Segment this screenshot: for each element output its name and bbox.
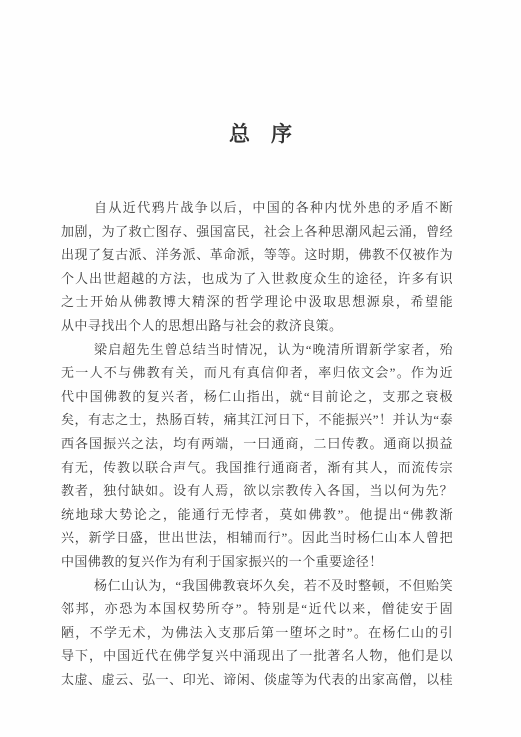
text-line: 西各国振兴之法，均有两端，一曰通商，二曰传教。通商以损益 bbox=[61, 432, 453, 456]
document-page: 总 序 自从近代鸦片战争以后，中国的各种内忧外患的矛盾不断 加剧，为了救亡图存、… bbox=[0, 0, 521, 737]
text-line: 无一人不与佛教有关，而凡有真信仰者，率归依文会”。作为近 bbox=[61, 361, 453, 385]
text-line: 出现了复古派、洋务派、革命派，等等。这时期，佛教不仅被作为 bbox=[61, 243, 453, 267]
text-line: 从中寻找出个人的思想出路与社会的救济良策。 bbox=[61, 314, 453, 338]
text-line: 陋，不学无术，为佛法入支那后第一堕坏之时”。在杨仁山的引 bbox=[61, 621, 453, 645]
text-line: 自从近代鸦片战争以后，中国的各种内忧外患的矛盾不断 bbox=[61, 196, 453, 220]
text-line: 个人出世超越的方法，也成为了入世救度众生的途径，许多有识 bbox=[61, 267, 453, 291]
text-line: 代中国佛教的复兴者，杨仁山指出，就“目前论之，支那之衰极 bbox=[61, 385, 453, 409]
text-line: 梁启超先生曾总结当时情况，认为“晚清所谓新学家者，殆 bbox=[61, 338, 453, 362]
text-line: 矣，有志之士，热肠百转，痛其江河日下，不能振兴”！并认为“泰 bbox=[61, 408, 453, 432]
text-line: 太虚、虚云、弘一、印光、谛闲、倓虚等为代表的出家高僧，以桂伯 bbox=[61, 668, 453, 692]
text-line: 导下，中国近代在佛学复兴中涌现出了一批著名人物，他们是以 bbox=[61, 644, 453, 668]
text-line: 之士开始从佛教博大精深的哲学理论中汲取思想源泉，希望能 bbox=[61, 290, 453, 314]
text-line: 邻邦，亦恐为本国权势所夺”。特别是“近代以来，僧徒安于固 bbox=[61, 597, 453, 621]
page-title: 总 序 bbox=[0, 118, 521, 148]
text-line: 杨仁山认为，“我国佛教衰坏久矣，若不及时整顿，不但贻笑 bbox=[61, 574, 453, 598]
text-line: 有无，传教以联合声气。我国推行通商者，渐有其人，而流传宗 bbox=[61, 456, 453, 480]
text-block: 自从近代鸦片战争以后，中国的各种内忧外患的矛盾不断 加剧，为了救亡图存、强国富民… bbox=[61, 196, 453, 691]
text-line: 兴，新学日盛，世出世法，相辅而行”。因此当时杨仁山本人曾把 bbox=[61, 526, 453, 550]
text-line: 中国佛教的复兴作为有利于国家振兴的一个重要途径！ bbox=[61, 550, 453, 574]
text-line: 加剧，为了救亡图存、强国富民，社会上各种思潮风起云涌，曾经 bbox=[61, 220, 453, 244]
text-line: 统地球大势论之，能通行无悖者，莫如佛教”。他提出“佛教渐 bbox=[61, 503, 453, 527]
text-line: 教者，独付缺如。设有人焉，欲以宗教传入各国，当以何为先？ bbox=[61, 479, 453, 503]
